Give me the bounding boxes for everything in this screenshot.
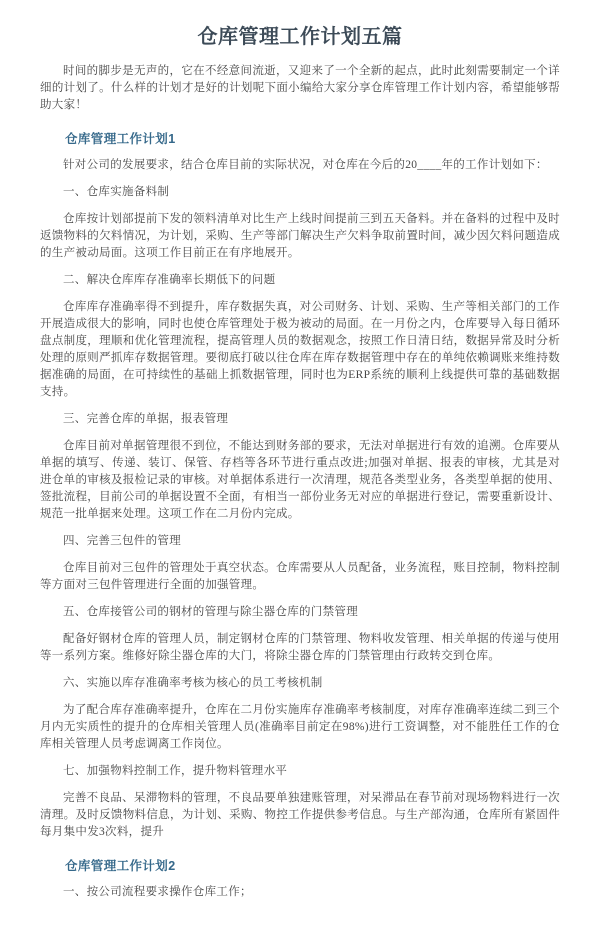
intro-paragraph: 时间的脚步是无声的，它在不经意间流逝，又迎来了一个全新的起点，此时此刻需要制定一… [40, 63, 560, 114]
list-item-heading: 七、加强物料控制工作，提升物料管理水平 [40, 763, 560, 780]
list-item-heading: 五、仓库接管公司的钢材的管理与除尘器仓库的门禁管理 [40, 604, 560, 621]
list-item-heading: 六、实施以库存准确率考核为核心的员工考核机制 [40, 675, 560, 692]
list-item-heading: 一、仓库实施备料制 [40, 184, 560, 201]
page-title: 仓库管理工作计划五篇 [40, 20, 560, 49]
paragraph: 仓库按计划部提前下发的领料清单对比生产上线时间提前三到五天备料。并在备料的过程中… [40, 211, 560, 262]
list-item-heading: 三、完善仓库的单据，报表管理 [40, 411, 560, 428]
document-page: 仓库管理工作计划五篇 时间的脚步是无声的，它在不经意间流逝，又迎来了一个全新的起… [0, 0, 600, 941]
list-item-heading: 一、按公司流程要求操作仓库工作； [40, 884, 560, 901]
section-heading-plan2: 仓库管理工作计划2 [40, 856, 560, 874]
paragraph: 仓库库存准确率得不到提升，库存数据失真，对公司财务、计划、采购、生产等相关部门的… [40, 299, 560, 401]
section-heading-plan1: 仓库管理工作计划1 [40, 129, 560, 147]
list-item-heading: 四、完善三包件的管理 [40, 533, 560, 550]
list-item-heading: 二、解决仓库库存准确率长期低下的问题 [40, 272, 560, 289]
paragraph: 完善不良品、呆滞物料的管理，不良品要单独建账管理，对呆滞品在春节前对现场物料进行… [40, 790, 560, 841]
paragraph: 配备好钢材仓库的管理人员，制定钢材仓库的门禁管理、物料收发管理、相关单据的传递与… [40, 631, 560, 665]
paragraph: 为了配合库存准确率提升，仓库在二月份实施库存准确率考核制度，对库存准确率连续二到… [40, 702, 560, 753]
paragraph: 针对公司的发展要求，结合仓库目前的实际状况，对仓库在今后的20____年的工作计… [40, 157, 560, 174]
paragraph: 仓库目前对三包件的管理处于真空状态。仓库需要从人员配备，业务流程，账目控制，物料… [40, 560, 560, 594]
paragraph: 仓库目前对单据管理很不到位，不能达到财务部的要求，无法对单据进行有效的追溯。仓库… [40, 438, 560, 523]
